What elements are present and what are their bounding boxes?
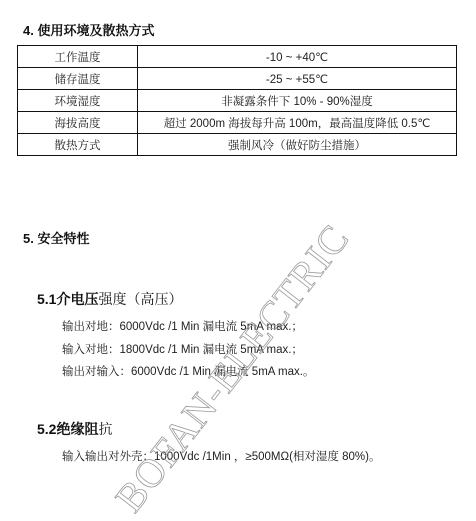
row-label: 储存温度 — [18, 68, 138, 90]
spec-line: 输入输出对外壳：1000Vdc /1Min ，≥500MΩ(相对湿度 80%)。 — [62, 448, 380, 464]
table-row: 环境湿度 非凝露条件下 10% - 90%湿度 — [18, 90, 457, 112]
section-5-heading: 5. 安全特性 — [23, 228, 89, 247]
row-value: -10 ~ +40℃ — [138, 46, 457, 68]
row-value: -25 ~ +55℃ — [138, 68, 457, 90]
row-value: 超过 2000m 海拔每升高 100m，最高温度降低 0.5℃ — [138, 112, 457, 134]
row-label: 散热方式 — [18, 134, 138, 156]
row-label: 工作温度 — [18, 46, 138, 68]
subsection-5-2-title-bold: 5.2绝缘阻 — [37, 421, 98, 437]
row-label: 海拔高度 — [18, 112, 138, 134]
row-value: 强制风冷（做好防尘措施） — [138, 134, 457, 156]
subsection-5-2-title-rest: 抗 — [98, 421, 112, 437]
spec-line: 输出对地：6000Vdc /1 Min 漏电流 5mA max.； — [62, 318, 303, 334]
row-value: 非凝露条件下 10% - 90%湿度 — [138, 90, 457, 112]
table-row: 海拔高度 超过 2000m 海拔每升高 100m，最高温度降低 0.5℃ — [18, 112, 457, 134]
subsection-5-1-title-rest: 强度（高压） — [98, 291, 182, 307]
table-row: 散热方式 强制风冷（做好防尘措施） — [18, 134, 457, 156]
section-4-heading: 4. 使用环境及散热方式 — [23, 20, 154, 39]
table-row: 储存温度 -25 ~ +55℃ — [18, 68, 457, 90]
spec-line: 输入对地：1800Vdc /1 Min 漏电流 5mA max.； — [62, 341, 303, 357]
subsection-5-1-title-bold: 5.1介电压 — [37, 291, 98, 307]
row-label: 环境湿度 — [18, 90, 138, 112]
environment-table: 工作温度 -10 ~ +40℃ 储存温度 -25 ~ +55℃ 环境湿度 非凝露… — [17, 45, 457, 156]
subsection-5-2-heading: 5.2绝缘阻抗 — [37, 419, 112, 439]
table-row: 工作温度 -10 ~ +40℃ — [18, 46, 457, 68]
subsection-5-1-heading: 5.1介电压强度（高压） — [37, 289, 182, 309]
spec-line: 输出对输入：6000Vdc /1 Min 漏电流 5mA max.。 — [62, 363, 314, 379]
